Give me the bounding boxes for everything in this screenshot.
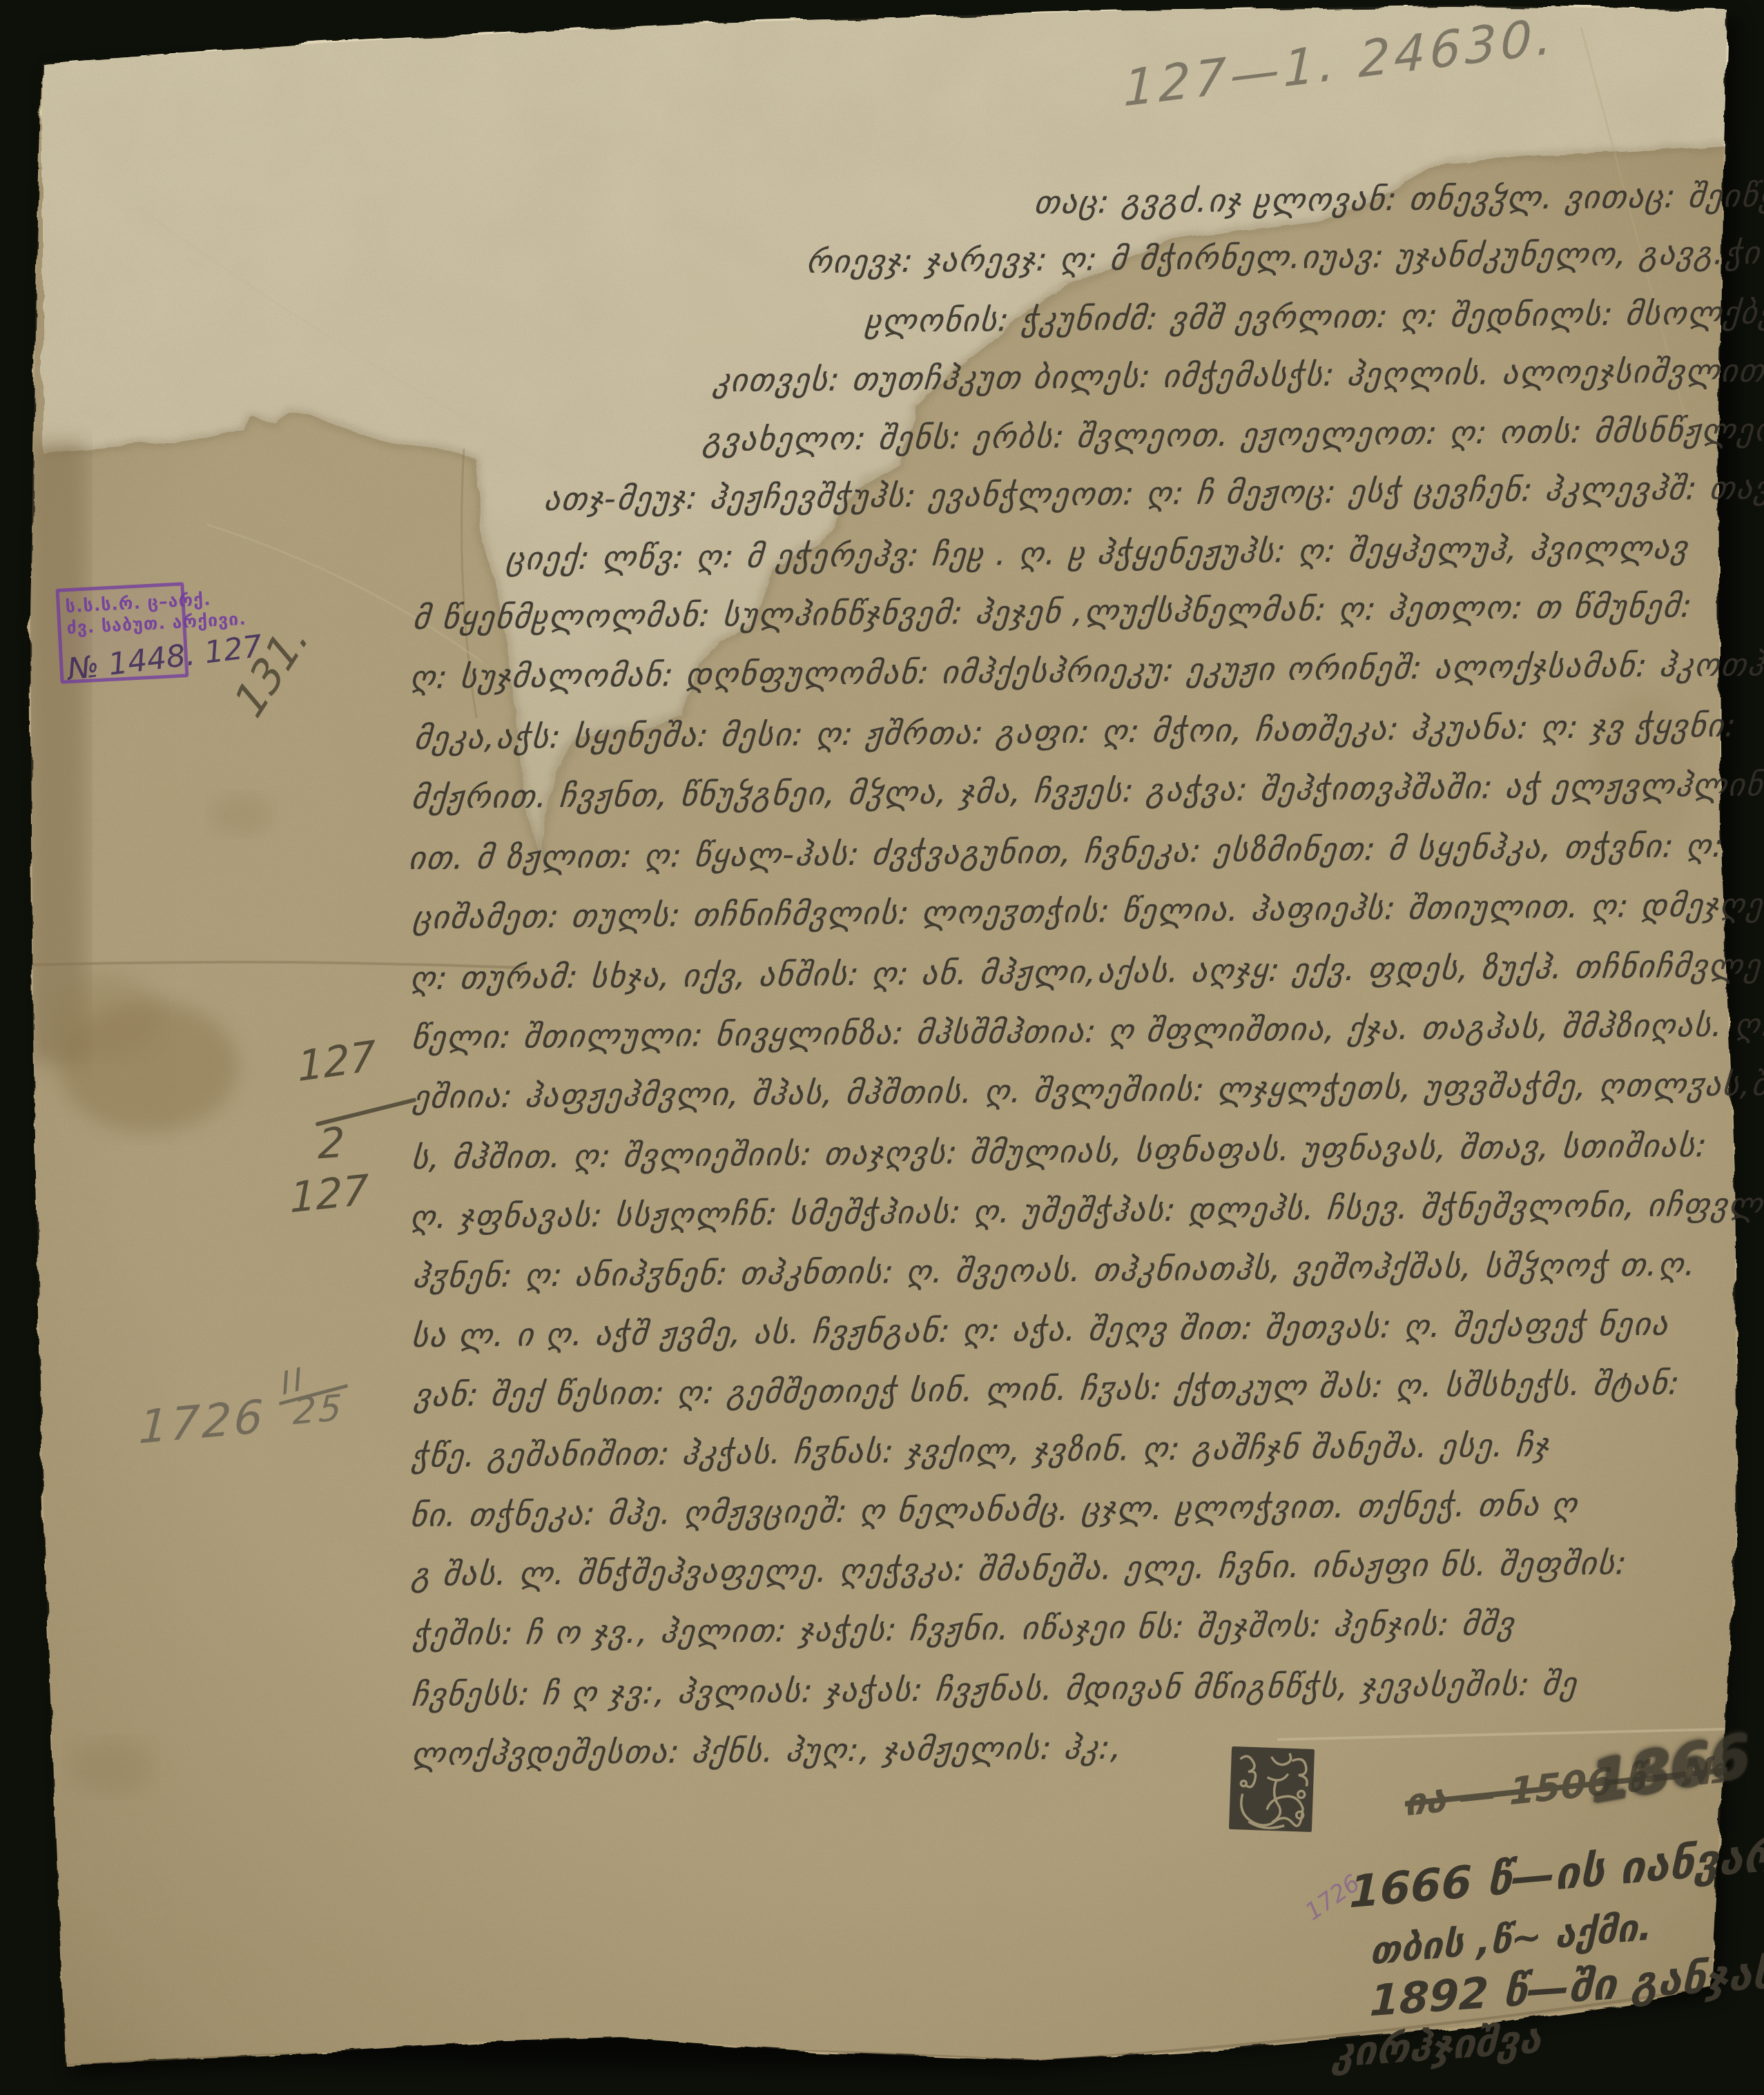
manuscript-line: თაც: გვგძ.იჯ ჸლოვან: თნევჴლ. ვითაც: შეიწ… [1033, 179, 1764, 218]
folio-number-below: 127 [290, 1169, 369, 1219]
manuscript-line: ნი. თჭნეკა: მჰე. ღმჟვციეშ: ღ ნელანამც. ც… [409, 1488, 1579, 1531]
manuscript-line: ჭწე. გეშანიშით: ჰკჭას. ჩჳნას: ჯვქილ, ჯვზ… [410, 1429, 1551, 1472]
manuscript-line: ვან: შექ წესით: ღ: გემშეთიეჭ სინ. ლინ. ჩ… [413, 1367, 1682, 1411]
pencil-date-fraction: II25 [274, 1357, 347, 1432]
archive-stamp: ს.ს.ს.რ. ც–არქ. ძვ. საბუთ. არქივი. № 144… [56, 582, 189, 684]
manuscript-line: ჭეშის: ჩ ო ჯვ., ჰელით: ჯაჭეს: ჩვჟნი. იწა… [411, 1608, 1516, 1650]
manuscript-scan: თაც: გვგძ.იჯ ჸლოვან: თნევჴლ. ვითაც: შეიწ… [0, 0, 1764, 2095]
manuscript-line: ით. მ ზჟლით: ღ: წყალ-ჰას: ძვჭვაგუნით, ჩვ… [407, 830, 1725, 874]
manuscript-line: ეშიია: ჰაფჟეჰმვლი, შჰას, მჰშთის. ღ. შვლე… [411, 1067, 1764, 1113]
manuscript-line: ჰჳნენ: ღ: ანიჰჳნენ: თჰკნთის: ღ. შვეოას. … [411, 1248, 1697, 1292]
manuscript-line: წელი: შთილული: ნივყლინზა: მჰსშმჰთია: ღ შ… [410, 1008, 1764, 1053]
manuscript-line: ღ: სუჯმალომან: დღნფულომან: იმჰქესჰრიეკუ:… [409, 647, 1764, 693]
manuscript-line: რიევჯ: ჯარევჯ: ღ: მ მჭირნელ.იუავ: უჯანძკ… [805, 237, 1762, 277]
manuscript-line: ციშამეთ: თულს: თჩნიჩმვლის: ლოეჳთჭის: წელ… [411, 888, 1764, 933]
manuscript-line: გ შას. ლ. შნჭშეჰვაფელე. ღეჭვკა: შმანეშა.… [410, 1547, 1629, 1590]
manuscript-line: გვახელო: შენს: ერბს: შვლეოთ. ეჟოელეოთ: ღ… [701, 411, 1764, 456]
manuscript-line: ჩვნესს: ჩ ღ ჯვ:, ჰვლიას: ჯაჭას: ჩვჟნას. … [410, 1668, 1578, 1711]
manuscript-line: ჸლონის: ჭკუნიძმ: ვმშ ევრლით: ღ: შედნილს:… [864, 296, 1764, 337]
manuscript-line: მეკა,აჭს: სყენეშა: მესი: ღ: ჟშრთა: გაფი:… [413, 710, 1738, 754]
manuscript-line: მ წყენმჸლოლმან: სულჰინწჯნვემ: ჰეჯენ ,ლუქ… [411, 589, 1694, 634]
folio-numerator: 127 [297, 1035, 377, 1088]
manuscript-line: კითვეს: თუთჩჰკუთ ბილეს: იმჭემასჭს: ჰეღლი… [712, 353, 1764, 396]
pencil-date-year: 1726 [137, 1390, 266, 1454]
manuscript-line: ათჯ-მეუჯ: ჰეჟჩევშჭუჰს: ევანჭლეოთ: ღ: ჩ მ… [543, 471, 1764, 515]
folio-denominator: 2 [318, 1122, 345, 1165]
manuscript-line: მქჟრით. ჩვჟნთ, წნუჴგნეი, მჴლა, ჯმა, ჩვჟე… [410, 768, 1764, 813]
manuscript-line: ღ: თურამ: სხჯა, იქვ, ანშის: ღ: ან. მჰჟლი… [409, 949, 1764, 994]
manuscript-line: სა ლ. ი ღ. აჭშ ჟვმე, ას. ჩვჟნგან: ღ: აჭა… [410, 1308, 1670, 1352]
manuscript-line: ციექ: ლწვ: ღ: მ ეჭერეჰვ: ჩეჸ . ღ. ჸ ჰჭყე… [505, 532, 1689, 574]
manuscript-line: ლოქჰვდეშესთა: ჰქნს. ჰუღ:, ჯამჟელის: ჰკ:, [410, 1731, 1124, 1770]
manuscript-line: ს, მჰშით. ღ: შვლიეშიის: თაჯღვს: შმულიას,… [410, 1129, 1709, 1173]
manuscript-line: ღ. ჯფნავას: სსჟღლჩნ: სმეშჭჰიას: ღ. უშეშჭ… [409, 1188, 1764, 1233]
